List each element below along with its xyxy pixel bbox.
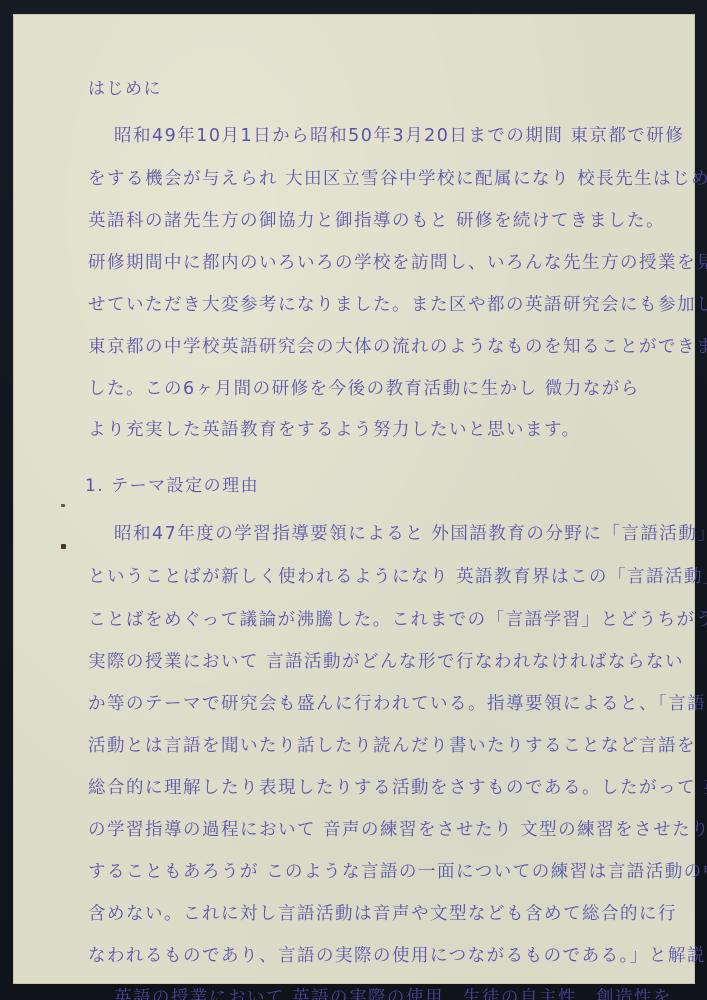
- intro-line-3: 英語科の諸先生方の御協力と御指導のもと 研修を続けてきました。: [88, 211, 665, 231]
- scanned-page: はじめに 昭和49年10月1日から昭和50年3月20日までの期間 東京都で研修 …: [0, 0, 707, 1000]
- section-1-heading: 1. テーマ設定の理由: [85, 476, 259, 496]
- intro-line-2: をする機会が与えられ 大田区立雪谷中学校に配属になり 校長先生はじめ: [88, 169, 707, 189]
- intro-line-7: した。この6ヶ月間の研修を今後の教育活動に生かし 微力ながら: [88, 379, 640, 399]
- section-1-line-6: 活動とは言語を聞いたり話したり読んだり書いたりすることなど言語を: [88, 736, 696, 756]
- section-1-line-4: 実際の授業において 言語活動がどんな形で行なわれなければならない: [88, 652, 684, 672]
- binding-hole-mark: [61, 504, 65, 507]
- intro-line-8: より充実した英語教育をするよう努力したいと思います。: [88, 420, 581, 440]
- section-1-line-12: 英語の授業において 英語の実際の使用、生徒の自主性、創造性を: [114, 988, 672, 1000]
- binding-hole-mark: [61, 544, 66, 549]
- intro-line-4: 研修期間中に都内のいろいろの学校を訪問し、いろんな先生方の授業を見: [88, 253, 707, 273]
- intro-heading: はじめに: [88, 79, 162, 99]
- intro-line-1: 昭和49年10月1日から昭和50年3月20日までの期間 東京都で研修: [114, 126, 684, 146]
- section-1-line-10: 含めない。これに対し言語活動は音声や文型なども含めて総合的に行: [88, 904, 677, 924]
- intro-line-6: 東京都の中学校英語研究会の大体の流れのようなものを知ることができま: [88, 337, 707, 357]
- section-1-line-8: の学習指導の過程において 音声の練習をさせたり 文型の練習をさせたり: [88, 820, 707, 840]
- paper-sheet: はじめに 昭和49年10月1日から昭和50年3月20日までの期間 東京都で研修 …: [13, 14, 695, 984]
- section-1-line-3: ことばをめぐって議論が沸騰した。これまでの「言語学習」とどうちがうのか。: [88, 610, 707, 630]
- intro-line-5: せていただき大変参考になりました。また区や都の英語研究会にも参加し: [88, 295, 707, 315]
- section-1-line-1: 昭和47年度の学習指導要領によると 外国語教育の分野に「言語活動」: [114, 524, 707, 544]
- section-1-line-9: することもあろうが このような言語の一面についての練習は言語活動の中には: [88, 862, 707, 882]
- section-1-line-7: 総合的に理解したり表現したりする活動をさすものである。したがって 英語: [88, 778, 707, 798]
- section-1-line-2: ということばが新しく使われるようになり 英語教育界はこの「言語活動」という: [88, 567, 707, 587]
- section-1-line-5: か等のテーマで研究会も盛んに行われている。指導要領によると、「言語: [88, 694, 706, 714]
- section-1-line-11: なわれるものであり、言語の実際の使用につながるものである。」と解説している。: [88, 946, 707, 966]
